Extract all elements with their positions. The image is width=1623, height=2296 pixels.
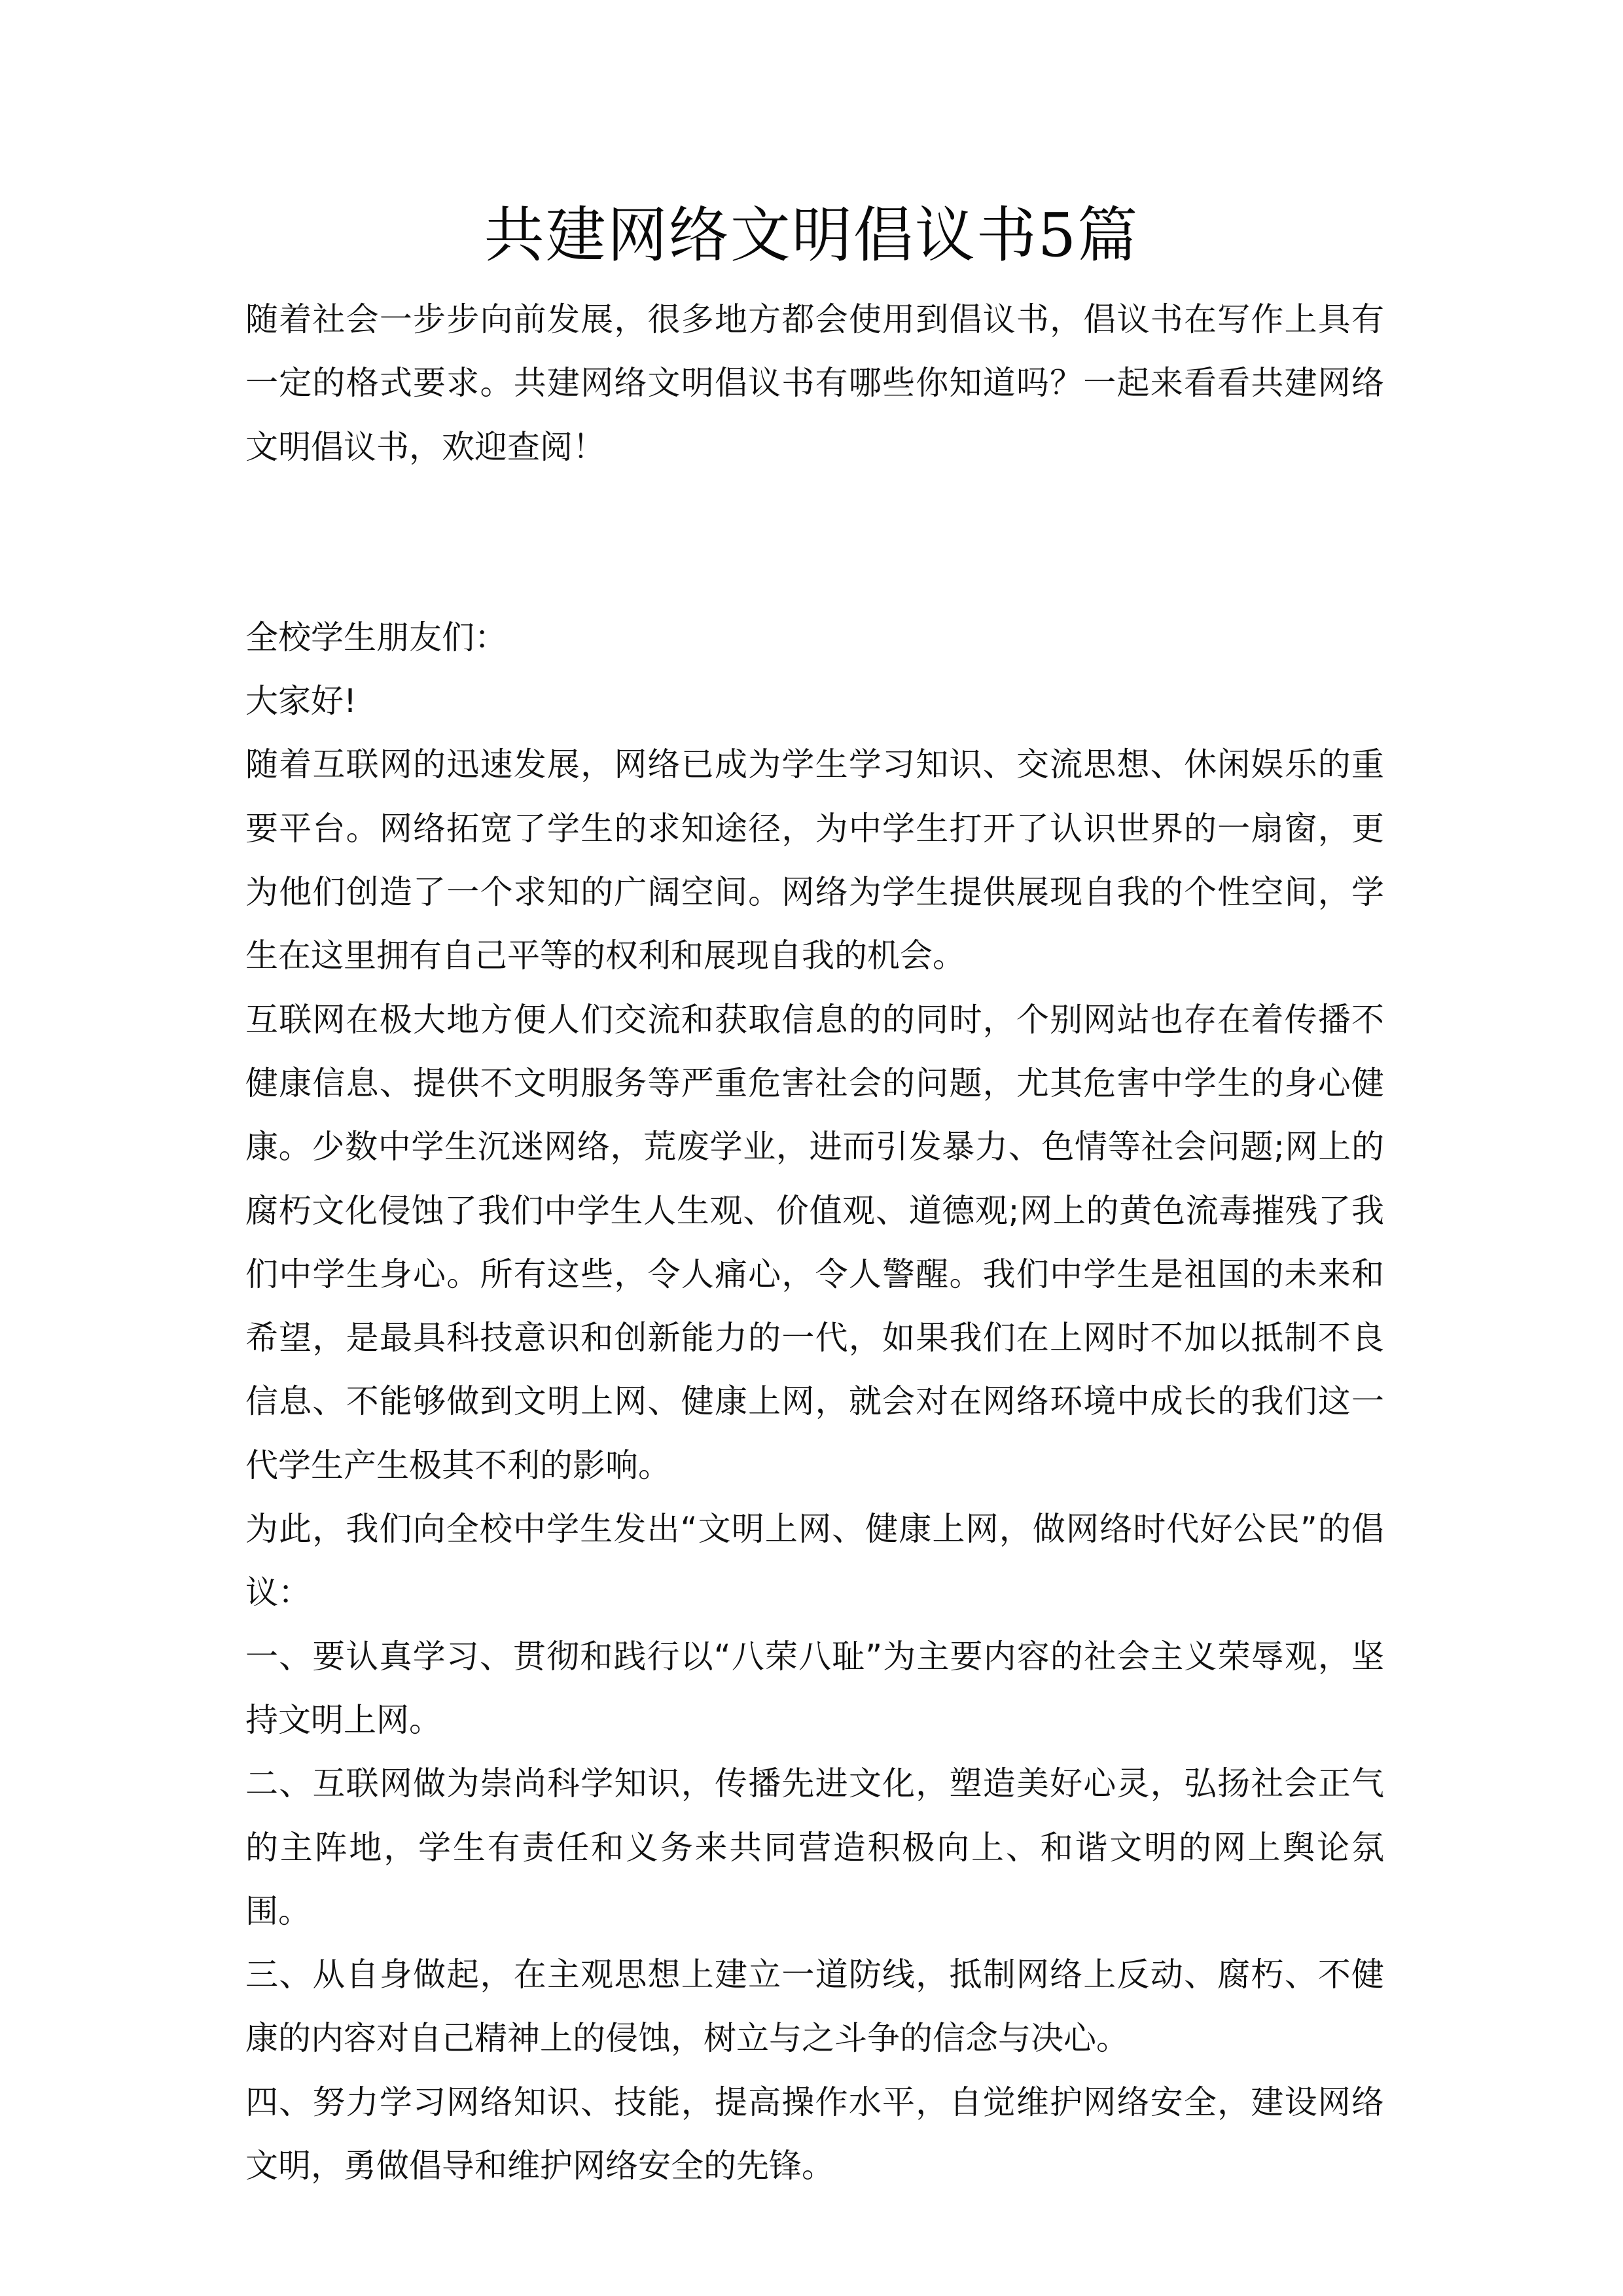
body-paragraph: 互联网在极大地方便人们交流和获取信息的的同时，个别网站也存在着传播不健康信息、提… [245, 988, 1384, 1498]
body-paragraph: 随着互联网的迅速发展，网络已成为学生学习知识、交流思想、休闲娱乐的重要平台。网络… [245, 733, 1384, 988]
proposal-item-2: 二、互联网做为崇尚科学知识，传播先进文化，塑造美好心灵，弘扬社会正气的主阵地，学… [245, 1752, 1384, 1943]
body-paragraph: 为此，我们向全校中学生发出“文明上网、健康上网，做网络时代好公民”的倡议： [245, 1498, 1384, 1625]
proposal-item-4: 四、努力学习网络知识、技能，提高操作水平，自觉维护网络安全，建设网络文明，勇做倡… [245, 2071, 1384, 2198]
proposal-item-3: 三、从自身做起，在主观思想上建立一道防线，抵制网络上反动、腐朽、不健康的内容对自… [245, 1943, 1384, 2071]
paragraph-spacer [245, 479, 1384, 606]
document-title: 共建网络文明倡议书5篇 [0, 196, 1623, 275]
salutation: 全校学生朋友们： [245, 606, 1384, 670]
document-body: 随着社会一步步向前发展，很多地方都会使用到倡议书，倡议书在写作上具有一定的格式要… [245, 288, 1384, 2198]
intro-paragraph: 随着社会一步步向前发展，很多地方都会使用到倡议书，倡议书在写作上具有一定的格式要… [245, 288, 1384, 479]
proposal-item-1: 一、要认真学习、贯彻和践行以“八荣八耻”为主要内容的社会主义荣辱观，坚持文明上网… [245, 1625, 1384, 1753]
document-page: 共建网络文明倡议书5篇 随着社会一步步向前发展，很多地方都会使用到倡议书，倡议书… [0, 0, 1623, 2296]
greeting: 大家好! [245, 670, 1384, 733]
